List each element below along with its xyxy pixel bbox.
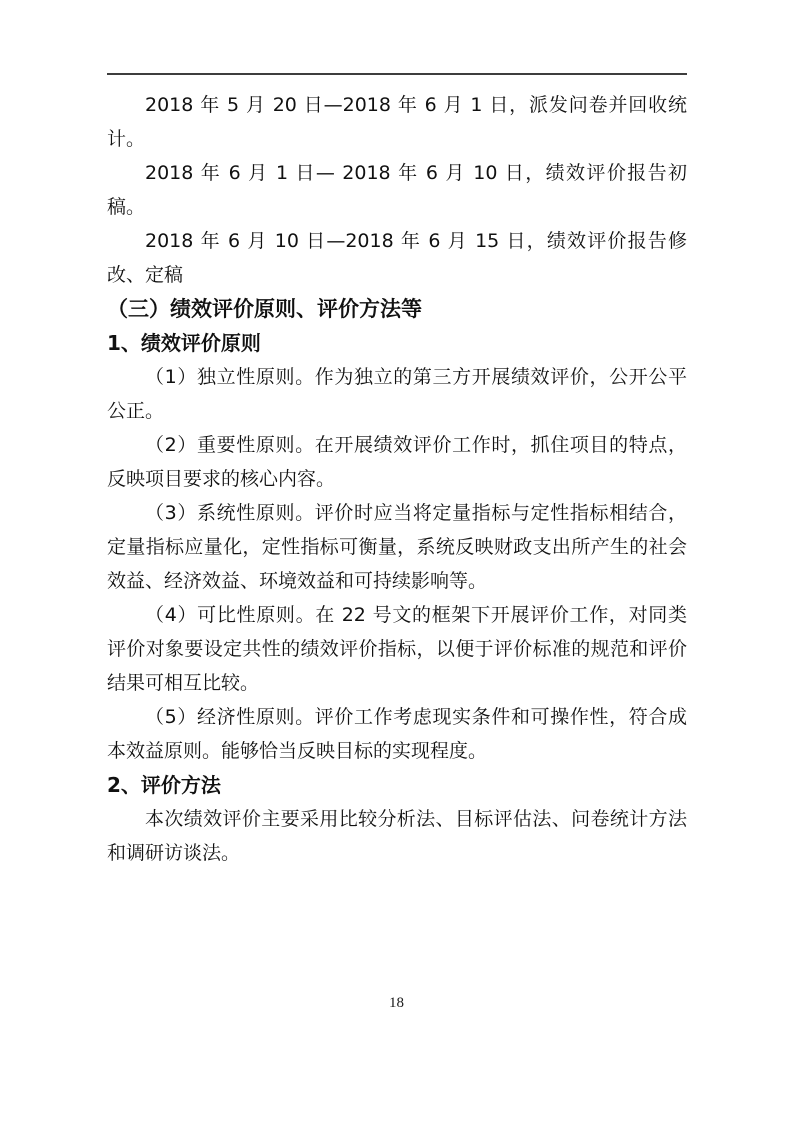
paragraph-methods: 本次绩效评价主要采用比较分析法、目标评估法、问卷统计方法和调研访谈法。 (107, 802, 687, 870)
paragraph-schedule-3: 2018 年 6 月 10 日—2018 年 6 月 15 日，绩效评价报告修改… (107, 224, 687, 292)
subsection-1-heading: 1、绩效评价原则 (107, 326, 687, 360)
paragraph-principle-2: （2）重要性原则。在开展绩效评价工作时，抓住项目的特点，反映项目要求的核心内容。 (107, 428, 687, 496)
page-footer: 18 (0, 990, 793, 1016)
section-heading: （三）绩效评价原则、评价方法等 (107, 292, 687, 326)
page-number: 18 (389, 995, 404, 1011)
paragraph-schedule-1: 2018 年 5 月 20 日—2018 年 6 月 1 日，派发问卷并回收统计… (107, 88, 687, 156)
paragraph-principle-1: （1）独立性原则。作为独立的第三方开展绩效评价，公开公平公正。 (107, 360, 687, 428)
paragraph-principle-4: （4）可比性原则。在 22 号文的框架下开展评价工作，对同类评价对象要设定共性的… (107, 598, 687, 700)
paragraph-principle-5: （5）经济性原则。评价工作考虑现实条件和可操作性，符合成本效益原则。能够恰当反映… (107, 700, 687, 768)
document-page: 2018 年 5 月 20 日—2018 年 6 月 1 日，派发问卷并回收统计… (0, 0, 793, 1122)
document-body: 2018 年 5 月 20 日—2018 年 6 月 1 日，派发问卷并回收统计… (107, 74, 687, 870)
paragraph-principle-3: （3）系统性原则。评价时应当将定量指标与定性指标相结合，定量指标应量化，定性指标… (107, 496, 687, 598)
paragraph-schedule-2: 2018 年 6 月 1 日— 2018 年 6 月 10 日，绩效评价报告初稿… (107, 156, 687, 224)
subsection-2-heading: 2、评价方法 (107, 768, 687, 802)
